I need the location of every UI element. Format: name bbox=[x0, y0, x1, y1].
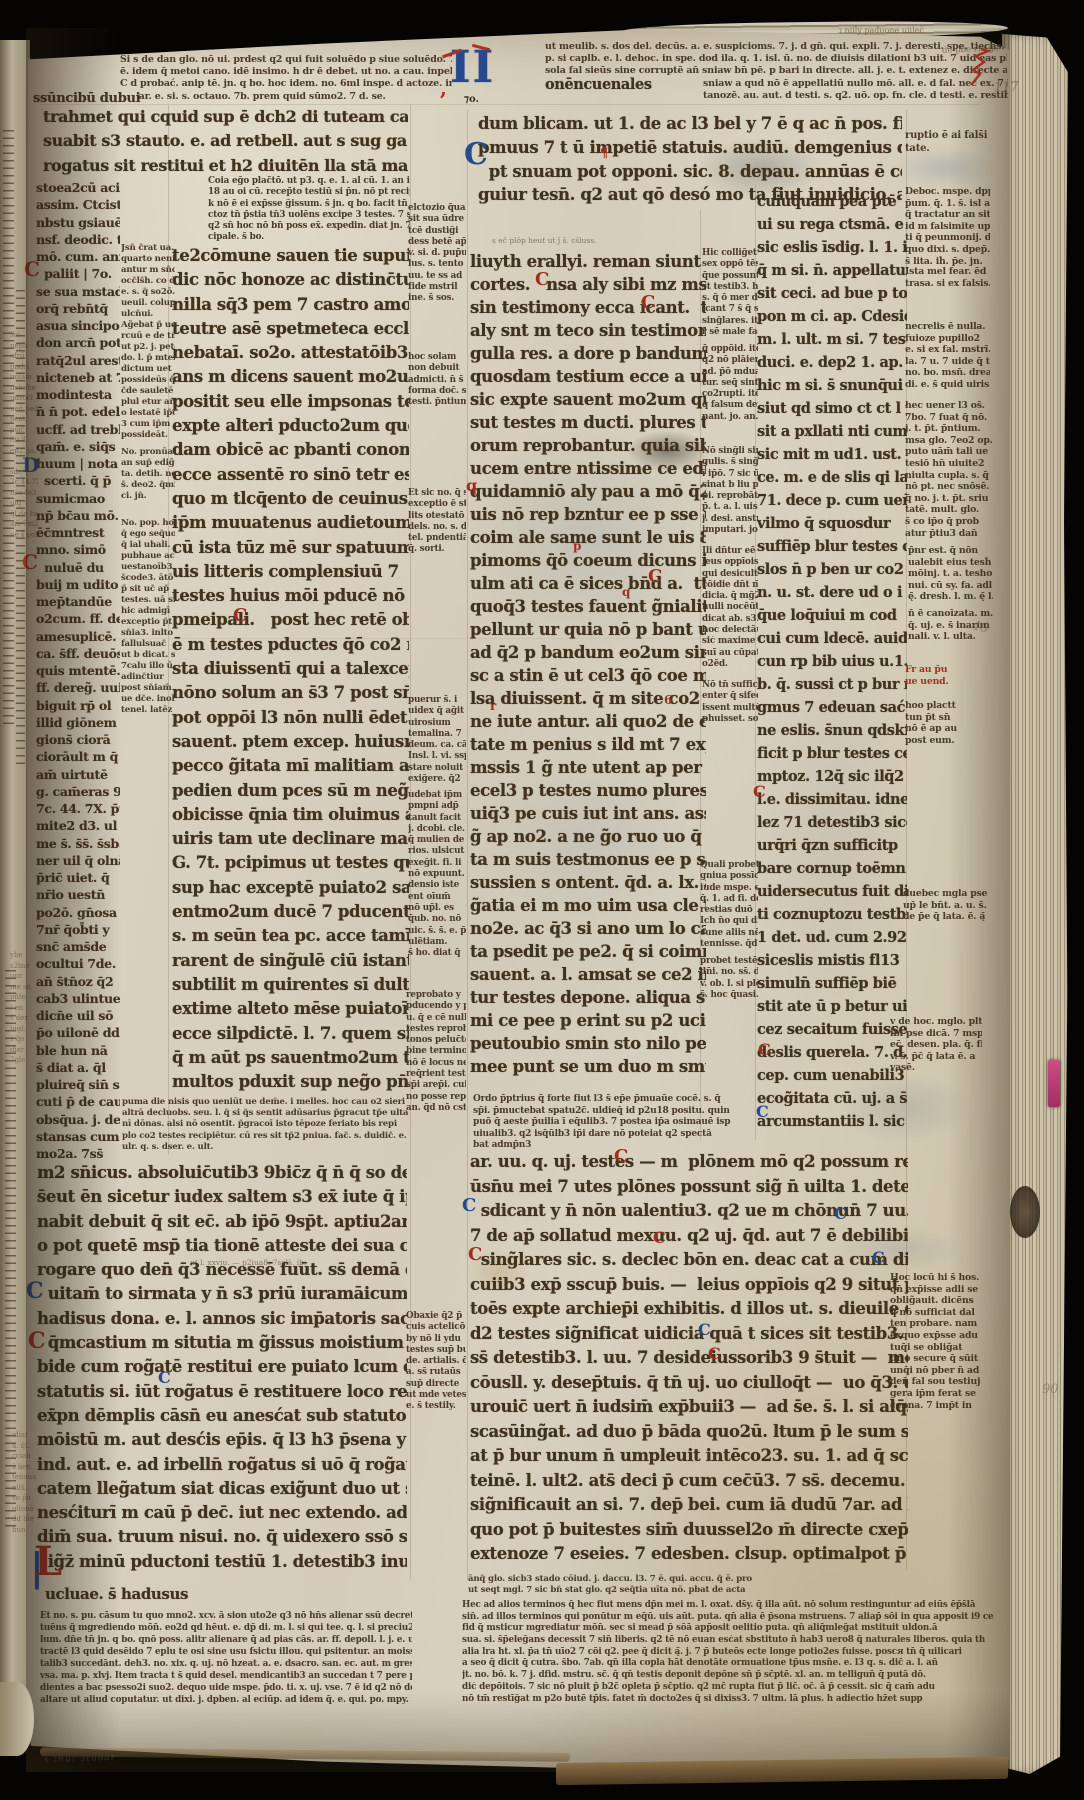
text-line: s2tne bbox=[10, 961, 38, 972]
text-line: idiat bbox=[12, 1430, 40, 1441]
text-line: q̄ no. j. t. p̄t. sriu bbox=[905, 493, 993, 505]
text-line: q̄ tractatur an sit bbox=[905, 209, 990, 221]
text-line: Hic collig̃et bbox=[702, 248, 758, 259]
text-line: pmpni adp̄ bbox=[408, 801, 466, 812]
text-line: q̄mcastium m situtia m g̃issus moistium … bbox=[37, 1331, 407, 1355]
text-line: ulcn̄ui. bbox=[121, 309, 175, 320]
text-line: ta. detih̄. no. bbox=[121, 469, 175, 480]
text-line: msa glo. 7eo2 op. bbox=[905, 435, 993, 447]
text-line: ut p2. j. petē bbox=[121, 342, 175, 353]
text-line bbox=[10, 1066, 38, 1077]
text-line: g̃ ap no2. a ne g̃o ruo uo q̄ permo bbox=[470, 825, 706, 848]
text-line: urq̄ri q̄zn sufficitp bbox=[757, 834, 907, 857]
text-line: s̄ der bbox=[10, 1013, 38, 1024]
text-line: talib3 succedānt. deh3. no. xix. q. uj. … bbox=[40, 1658, 412, 1670]
text-line: quo pot p̄ buitestes sim̄ duussel2o m̄ d… bbox=[470, 1518, 908, 1543]
text-block-corner-faint-a: ⁊ niily paduone uiilec̄ bbox=[838, 26, 1013, 36]
text-line: onēncuenales bbox=[545, 77, 705, 93]
text-line: ue uend. bbox=[905, 676, 975, 688]
text-line: pmeipali. post hec retē obie bbox=[172, 608, 409, 632]
red-initial-q: q bbox=[622, 586, 630, 598]
text-line: tonos peluc̄tē bbox=[406, 1035, 466, 1046]
text-line: la. 7 u. 7 uide q̄ t bbox=[905, 356, 990, 368]
text-line: nō expuunt. bbox=[408, 869, 466, 880]
text-line: expte alteri pducto2um que bbox=[172, 414, 409, 438]
text-line: temalina. 7 bbox=[408, 729, 466, 740]
text-line: coim ale same sunt le uis 8 op bbox=[470, 526, 706, 549]
text-line: extime alteto mēse puiatoī bbox=[172, 997, 409, 1021]
red-initial-C: C bbox=[641, 294, 655, 312]
text-line: tate m penius s ild mt 7 expe bbox=[470, 733, 706, 756]
text-line: q̄ falsum depō bbox=[702, 400, 758, 411]
text-line: p̄ sit uc̄ ap̄ bbox=[121, 584, 175, 595]
text-line: pedien dum pces sū m neg̃otū bbox=[172, 779, 409, 803]
text-line: tur testes depone. aliqua suit ta bbox=[470, 986, 706, 1009]
text-line: s̄ co ip̄o q̄ prob bbox=[905, 516, 993, 528]
text-line: ad. p̄ō mdual bbox=[702, 367, 758, 378]
text-line: pellunt ur quia nō p bant ullō bbox=[470, 618, 706, 641]
text-line: s ec̄ plōp heut ut j̄ s̄. cs̄luss. bbox=[492, 236, 687, 245]
text-line: suabit s3 stauto. e. ad retbell. aut s s… bbox=[43, 129, 408, 153]
red-initial-¶: ¶ bbox=[600, 147, 608, 160]
text-line: arcumstantiis l. sic bbox=[757, 1110, 907, 1133]
text-line: ar. uu. q. uj. testes — m plōnem mō q2 p… bbox=[470, 1150, 908, 1175]
text-line: sup̄ directe bbox=[406, 1379, 466, 1390]
text-line: ctoz tn̄ p̄stia tn̄3 uolēns excipe 3 tes… bbox=[208, 210, 410, 221]
text-line: statutis si. iūt rog̃atus ē restituere l… bbox=[37, 1380, 407, 1404]
text-line: qam̄. e. siq̄s bbox=[36, 438, 120, 455]
text-line: hic m si. s̄ snunq̄ui bbox=[757, 374, 907, 397]
text-line: sex oppō tēs bbox=[702, 259, 758, 270]
text-line: ec̄. desen. pla. q̄. fi. bbox=[890, 1039, 982, 1051]
text-line: siceslis mistis fl13 bbox=[757, 949, 907, 972]
text-line: ēti ll. bbox=[10, 435, 38, 446]
text-block-mid-gloss-d: puerur s̄. iuidex q̄ ag̃ituirosiumtemali… bbox=[408, 695, 466, 785]
text-line: ut seqt mgl. 7 sic bn̄ stat glo. q2 seq̄… bbox=[468, 1585, 1013, 1596]
text-line: nō tm̄ restīg̃at m p2o butē tp̄is. fatet… bbox=[462, 1694, 1010, 1706]
text-block-margin-note-tr: ruptio ē ai fals̄itate. bbox=[905, 130, 990, 155]
text-block-left-inner-gloss-c: No. pronūaan sup̄ edig̃ēta. detih̄. no.s… bbox=[121, 447, 175, 502]
text-line: exig̃ere. q̄2 bbox=[408, 774, 466, 785]
text-line: sig̃nificauit an si. 7. dep̄ bei. cum iā… bbox=[470, 1493, 908, 1518]
text-line: nabit debuit q̄ sit ec̄. ab ip̄ō 9sp̄t. … bbox=[37, 1210, 407, 1234]
text-line: req̄rient testē bbox=[406, 1069, 466, 1080]
text-line: nuluē du bbox=[36, 559, 120, 576]
text-line: probet testē bbox=[700, 956, 758, 967]
text-line: d2 testes sig̃nificat uidicia quā t sice… bbox=[470, 1322, 908, 1347]
text-line: testes sup̄ bus bbox=[406, 1345, 466, 1356]
red-initial-C: C bbox=[28, 1330, 46, 1352]
text-line: pimoms q̄ō coeum dicuns illa bbox=[470, 549, 706, 572]
text-line: p̄s̄ic̄ bbox=[10, 425, 38, 436]
text-line: dic nōc honoze ac distinc̄tum bbox=[172, 268, 409, 292]
red-initial-C: C bbox=[22, 552, 38, 572]
text-line: ę̄. dresh. l. m. ę̄ l. aut. bbox=[908, 591, 993, 603]
red-initial-C: C bbox=[535, 271, 549, 289]
text-line: sup hac exceptē puiato2 sau bbox=[172, 876, 409, 900]
text-line: am̄ uirtutē bbox=[36, 766, 120, 783]
text-line: pmuus 7 t ū impetiē statuis. audiū. demg… bbox=[478, 136, 902, 160]
text-line: am̄ 7m2 bbox=[10, 519, 38, 530]
text-line: issent multū bbox=[702, 703, 758, 714]
text-block-rm-e: p̄nr est. q̄ nōnualebit eius tesh̄mōinj.… bbox=[908, 545, 993, 603]
text-line: udebat ip̄m bbox=[408, 790, 466, 801]
text-block-top-gloss-right-b: sniaw a qud nō ē appellatiū nullo mō. al… bbox=[703, 78, 1008, 102]
text-line: np̄ bc̄au mō. bbox=[36, 507, 120, 524]
text-line: leus oppīois bbox=[702, 557, 758, 568]
text-line: de p̄e q̄ lata. ē. ą̄ bbox=[903, 911, 987, 923]
text-line: simuln̄ suffiēp biē bbox=[757, 972, 907, 995]
text-line: Ista mel fear. ēd bbox=[905, 266, 990, 278]
text-line: e. si ex fal. mstrī. bbox=[905, 344, 990, 356]
ruling-line bbox=[467, 110, 468, 1580]
text-line: Si s de dan glo. nō ui. prdest q2 qui fu… bbox=[120, 54, 452, 66]
text-line: a. ss̄ rutaūs bbox=[406, 1367, 466, 1378]
text-line: plul etur an̄ bbox=[121, 397, 175, 408]
text-line: nō pt. nec snōsē. bbox=[905, 481, 993, 493]
text-block-rm-d: hec uener l3 os̄.7bo. 7 fuat q̄ nō.j. t.… bbox=[905, 400, 993, 539]
text-line: sumicmao bbox=[36, 490, 120, 507]
text-line: obicisse q̄nia tim oluimus a bbox=[172, 803, 409, 827]
text-line: dam obicē ac pbanti conomīa bbox=[172, 438, 409, 462]
text-line: duci. e. dep2 1. ap. pe2 bbox=[757, 351, 907, 374]
text-line: altrā decluobs. seu. l. q̄ si q̄s sentit… bbox=[122, 1108, 410, 1119]
text-line: suī au cūpat bbox=[702, 648, 758, 659]
text-line: post eum. bbox=[905, 735, 985, 747]
text-line: nōno solum an s̄3 7 post sn̄iam bbox=[172, 681, 409, 705]
text-line: asua sincipo bbox=[36, 317, 120, 334]
text-line: pubhaue ac bbox=[121, 551, 175, 562]
text-block-bc-gloss-e: Nō tn̄ sufficienter q̄ sifecissent multū… bbox=[702, 680, 758, 725]
text-line: deslis querela. 7. d. bbox=[757, 1041, 907, 1064]
text-line: Ordo p̄ptrius q̄ forte fiut l3 s̄ ep̄e p… bbox=[473, 1094, 783, 1106]
text-line: sauent. a. l. amsat se ce2 inde bbox=[470, 963, 706, 986]
text-line: pecco g̃itata mī malitiam adi bbox=[172, 754, 409, 778]
text-line: quo m tlcq̄ento de ceuinus bbox=[172, 487, 409, 511]
text-line: sola fal sieūs sine corruptē an̄ sniaw b… bbox=[545, 65, 1007, 77]
text-line: gions̄ ciorā bbox=[36, 731, 120, 748]
text-line: mi ce pee p erint su p2 ucis ul3 bbox=[470, 1009, 706, 1032]
text-line: assim. Ctcist bbox=[36, 196, 120, 213]
text-line: ī ip̄ō. 7 sic ū bbox=[702, 469, 758, 480]
text-line: nesćiturī m caū p̄ dec̄. iut nec extendo… bbox=[37, 1501, 407, 1525]
text-line: cuiuq̄uam p̄ea ptē bbox=[757, 190, 907, 213]
text-line: sn̄ia3. inlto bbox=[121, 628, 175, 639]
text-line: icant 7 s̄ q̄ suē bbox=[702, 304, 758, 315]
text-line: rogare quo den̄ q̄3 necessē fuūt. ss̄ de… bbox=[37, 1258, 407, 1282]
text-line: testes huius mōi pducē nō eūr bbox=[172, 584, 409, 608]
text-line: ucluae. s̄ hadusus bbox=[45, 1585, 245, 1603]
text-line: ecog̃itata cū. uj. a s̄ bbox=[757, 1087, 907, 1110]
text-line: elctozio q̄ual bbox=[408, 203, 466, 214]
text-line: tun p̄t sn̄ bbox=[905, 712, 985, 724]
text-block-mid-gloss-e: udebat ip̄mpmpni adp̄tanult facitj. dcob… bbox=[408, 790, 466, 959]
text-line: sp̄i arep̄i. cui bbox=[406, 1080, 466, 1091]
text-line: ē m testes pductes q̄ō co2 rup bbox=[172, 633, 409, 657]
text-line: No. pronūa bbox=[121, 447, 175, 458]
text-line: ucff. ad trebl bbox=[36, 421, 120, 438]
red-initial-6: 6 bbox=[664, 694, 672, 706]
text-line: 7nr̄ q̄ob̄ti y bbox=[36, 921, 120, 938]
text-line: no posse repb bbox=[406, 1092, 466, 1103]
text-line: uiris tam ute declinare mag̃ī bbox=[172, 827, 409, 851]
red-initial-C: C bbox=[614, 1148, 628, 1166]
text-line: don arcn̄ potē bbox=[36, 334, 120, 351]
text-line: p̄. t. a. l. uislā bbox=[702, 502, 758, 513]
text-line: ruptio ē ai fals̄i bbox=[905, 130, 990, 143]
text-line: lez 71 detestib3 sicō bbox=[757, 811, 907, 834]
text-line: g. cam̄eras 9 bbox=[36, 783, 120, 800]
text-line: nc̄e to3 bbox=[10, 488, 38, 499]
text-line: bide cum rog̃atē restitui ere puiato lcu… bbox=[37, 1355, 407, 1379]
text-line: 7bo. 7 fuat q̄ nō. bbox=[905, 412, 993, 424]
text-line: s̄. hoc q̄uasi. bbox=[700, 990, 758, 1001]
text-line: s̄ ben bbox=[12, 1462, 40, 1473]
text-line: adinc̄tiur bbox=[121, 672, 175, 683]
text-line: tatē. mult. glo. bbox=[905, 504, 993, 516]
text-line: Ag̃ebat p̄ uo bbox=[121, 320, 175, 331]
text-line: udsoc̄l bbox=[10, 393, 38, 404]
text-line: trasa. si ex falsis. bbox=[905, 278, 990, 290]
text-line: ad q̄2 p bandum eo2um sin dic bbox=[470, 641, 706, 664]
text-line: cuis actelicō bbox=[406, 1322, 466, 1333]
text-line: ualebit eius tesh̄ bbox=[908, 557, 993, 569]
text-line: fide mstril bbox=[408, 282, 466, 293]
text-line: iude mspe. e.c. bbox=[700, 883, 758, 894]
text-line: e. s̄ testily. bbox=[406, 1401, 466, 1412]
text-line: uiualib3. q2 isq̄ūlb3 ip̄i dare nō potei… bbox=[473, 1129, 783, 1141]
text-line: v. ob. l. si plō bbox=[700, 979, 758, 990]
text-line: suffiēp blur testes cē bbox=[757, 535, 907, 558]
text-line: hoo plactt bbox=[905, 700, 985, 712]
text-line: dels. no. s. dos̄ bbox=[408, 522, 466, 533]
text-line: s̄ ho. diat q̄ bbox=[408, 948, 466, 959]
text-line: pducendo y pōt bbox=[406, 1001, 466, 1012]
text-line: m. l. ult. m si. 7 testesp bbox=[757, 328, 907, 351]
text-block-bottom-left-gloss: Et no. s. pu. cāsum tu quo mno2. xcv. ā … bbox=[40, 1610, 412, 1706]
text-line: No. pop. hoc̄ bbox=[121, 518, 175, 529]
red-initial-C: C bbox=[24, 259, 40, 279]
text-line: j. t. p̄t. p̄ntium. bbox=[905, 423, 993, 435]
text-line: niulta cupla. s. q̄ bbox=[905, 470, 993, 482]
text-line: siut qd simo ct ct l y bbox=[757, 397, 907, 420]
text-line: stare noluit bbox=[408, 763, 466, 774]
text-line: mōinj. t. a. tesho bbox=[908, 568, 993, 580]
fore-edge-knot bbox=[1010, 1186, 1040, 1238]
folio-numeral-ii: II , ⁊o. bbox=[450, 46, 502, 106]
text-line: ibi pse dicā. 7 msp bbox=[890, 1028, 982, 1040]
text-block-rm-g: hoo plactttun p̄t sn̄nō ē ap aupost eum. bbox=[905, 700, 985, 746]
red-initial-C: C bbox=[758, 1042, 771, 1058]
red-initial-C: C bbox=[648, 568, 662, 586]
text-line: ulq̄ bbox=[10, 498, 38, 509]
text-line: sing̃lares sic. s. declec bōn en. deac c… bbox=[470, 1248, 908, 1273]
text-line: e. s. q̄ so2ō. bbox=[121, 287, 175, 298]
text-line: o pot quetē msp̄ tia tionē atteste dei s… bbox=[37, 1234, 407, 1258]
text-line: quarto neni bbox=[121, 254, 175, 265]
blue-initial-C: C bbox=[158, 1370, 171, 1386]
text-line: ss̄ detestib3. l. uu. 7 desideiussorib3 … bbox=[470, 1346, 908, 1371]
text-line: cui cum ldecē. auid bbox=[757, 627, 907, 650]
text-line: pluireq̄ sin̄ sa bbox=[36, 1076, 120, 1093]
text-line: dess betē ap̄. d bbox=[408, 237, 466, 248]
text-line: q̄. 1. ad fi. de bbox=[700, 894, 758, 905]
text-line: rogatus sit restitui et h2 diuitēn lla s… bbox=[43, 154, 408, 178]
text-line: biguit rp̄ ol bbox=[36, 697, 120, 714]
text-line: necrelis ē nulla. bbox=[905, 321, 990, 333]
text-line: sit ceci. ad bue p top bbox=[757, 282, 907, 305]
text-line: efrū bbox=[10, 351, 38, 362]
text-block-colA-main: te2cōmune sauen tie supuidic nōc honoze … bbox=[172, 244, 409, 1094]
text-line: orum reprobantur. quia sibi i bbox=[470, 434, 706, 457]
text-line: fid q̄ msticur mgrediatur mōn̄. sec si m… bbox=[462, 1623, 1010, 1635]
text-line: q̄ub. no. nō bbox=[408, 914, 466, 925]
text-block-bc-gloss-c: Nō sing̃li singulis. s̄ sing̃lī ip̄ō. 7 … bbox=[702, 446, 758, 536]
text-line: cōusll. y. desep̄tuis. q̄ tn̄ uj. uo ciu… bbox=[470, 1371, 908, 1396]
red-initial-p: p bbox=[573, 540, 581, 552]
text-line: uis nō rep bzntur ee p sse us. ro bbox=[470, 503, 706, 526]
text-line: nsf. deodic. tō bbox=[36, 231, 120, 248]
text-block-bc-gloss-g: probet testēdn̄i. no. ss̄. dv. ob. l. si… bbox=[700, 956, 758, 1001]
text-line: nicteneb at 7 bbox=[36, 369, 120, 386]
text-line: puma die nisis quo ueniūt ue dem̄e. i me… bbox=[122, 1097, 410, 1108]
text-line: obsq̄ua. j. dete bbox=[36, 1111, 120, 1128]
red-initial-C: C bbox=[468, 1246, 482, 1264]
text-line: l.e. dissimitau. idnei bbox=[757, 788, 907, 811]
text-line: ecel3 p testes numo plures q̄u2 bbox=[470, 779, 706, 802]
text-line: bare cornup toēmn 7 bbox=[757, 857, 907, 880]
text-line: ne eslis. s̄nun qdskf bbox=[757, 719, 907, 742]
text-line: tesiō hn̄ uiuite2 bbox=[905, 458, 993, 470]
text-line: ner uil q̄ olnā bbox=[36, 852, 120, 869]
text-line: scerti. q̄ p̄ bbox=[36, 472, 120, 489]
text-block-left-inner-gloss-d: No. pop. hoc̄q̄ ego seq̄uo2q̄ ial uhali.… bbox=[121, 518, 175, 716]
text-line: nr̄io uestn̄ bbox=[36, 886, 120, 903]
text-line: uolam bbox=[10, 372, 38, 383]
text-line: s. m seūn tea pc. acce tamī. ut eī bbox=[172, 924, 409, 948]
text-line: cū ista tūz mē sur spatuum bbox=[172, 536, 409, 560]
text-line: scasūing̃at. ad duo p̄ bāda quo2ū. ltum … bbox=[470, 1420, 908, 1445]
text-line: g̃atia ei m mo uim usa cle tec̄. ho bbox=[470, 894, 706, 917]
text-line: ulētiam. bbox=[408, 937, 466, 948]
text-line: illid giōnem bbox=[36, 714, 120, 731]
text-line: so p̄o bbox=[12, 1493, 40, 1504]
text-line: nebataī. so2o. attestatōib3 publ bbox=[172, 341, 409, 365]
text-line: ueuil. colup. bbox=[121, 298, 175, 309]
text-line: q̄ mulien de bbox=[408, 835, 466, 846]
text-line: sing̃lares. itē bbox=[702, 316, 758, 327]
text-line: sin̄. ad illos terminos qui ponūtur m eq… bbox=[462, 1612, 1010, 1624]
red-initial-C: C bbox=[708, 1346, 721, 1362]
text-line: imputari. jo. bbox=[702, 525, 758, 536]
text-line: Ili dn̄tur eē bbox=[702, 546, 758, 557]
text-line: nils̄. bbox=[12, 1483, 40, 1494]
text-line: ff. dereg̃. uuiā. bbox=[36, 679, 120, 696]
pencil-mark-90: 90 bbox=[1042, 1382, 1059, 1397]
text-line: C d probać. anip tē. jn. q bo. hoc idem.… bbox=[120, 78, 452, 90]
text-line: m2 sn̄icus. absoluic̄utib3 9bic̄z q̄ n̄ … bbox=[37, 1161, 407, 1185]
blue-initial-C: C bbox=[698, 1322, 711, 1338]
text-line: dić depōitois. 7 sic nō pluit p̄ b2c̄ op… bbox=[462, 1682, 1010, 1694]
text-line: pot oppōi l3 nōn nulli ēdet et bbox=[172, 706, 409, 730]
text-block-bottom-gloss: Hec ad alios terminos q̄ hec fiut mens d… bbox=[462, 1600, 1010, 1705]
text-line: sit sua ūdre bbox=[408, 214, 466, 225]
text-line: q2 sn̄ hoc nō bn̄ poss ex̄. expedin. dia… bbox=[208, 221, 410, 232]
text-line: forma doc̄. s.d bbox=[408, 386, 466, 397]
text-line: no. bo. msn̄. dreau bbox=[905, 367, 990, 379]
text-line: cun rp bib uius u.1.1. bbox=[757, 650, 907, 673]
text-line: a. q̄l. bbox=[12, 1441, 40, 1452]
text-line: uidex q̄ ag̃it bbox=[408, 706, 466, 717]
text-line: Ich n̄o qui di bbox=[700, 916, 758, 927]
text-line: v de hoc. mglo. plt a bbox=[890, 1016, 982, 1028]
text-line: q̄. sorti. bbox=[408, 544, 466, 555]
text-line: mssis 1 g̃ nte utent ap per q̄2 bbox=[470, 756, 706, 779]
text-line: Jsn̄ c̄rat ua.1 bbox=[121, 243, 175, 254]
text-line: ānq̄ glo. sicb3 stado cōiud. j. daccu. l… bbox=[468, 1574, 1013, 1585]
text-line: cez secaitum fuisseu bbox=[757, 1018, 907, 1041]
text-line: uestanoīb3 bbox=[121, 562, 175, 573]
text-line: sussien s ontent. q̄d. a. lx. ann bbox=[470, 871, 706, 894]
text-line: bine termino bbox=[406, 1046, 466, 1057]
text-line: sp̄i. p̄muctebat spatu2c̄. uldieq̄ id p2… bbox=[473, 1106, 783, 1118]
blue-initial-C: C bbox=[834, 1206, 847, 1222]
red-initial-C: C bbox=[753, 784, 766, 800]
text-line: quoq̄3 testes fauent g̃nialitre bbox=[470, 595, 706, 618]
book-fore-edge bbox=[1002, 34, 1068, 1774]
text-line: mptoz. 12q̄ sic ilq̄2 bbox=[757, 765, 907, 788]
text-block-mid-gloss-g: Obaxie q̄2 p̄cuis actelicōby nō li ydute… bbox=[406, 1311, 466, 1413]
text-line: vsa. ma. p. xlvj. Item tracta t s̄ quid … bbox=[40, 1670, 412, 1682]
text-line: Coia eg̃o plac̄tō. ut p3. q. e. 1. al cū… bbox=[208, 176, 410, 187]
text-line: p̄um. q̄. 1. s̄. isl a bbox=[905, 198, 990, 210]
text-line: nī dōnas. alsi nō osentit. p̄gracoī isto… bbox=[122, 1119, 410, 1130]
text-block-rm-c: necrelis ē nulla.fuioze pupillo2e. si ex… bbox=[905, 321, 990, 391]
text-line: possideāt. bbox=[121, 430, 175, 441]
text-line: ueq̄ pec̄ bbox=[10, 404, 38, 415]
text-block-left-inner-gloss-b: Ag̃ebat p̄ uorcuū e de tn̄3ut p2. j. pet… bbox=[121, 320, 175, 441]
text-line: phuisset. soi. bbox=[702, 714, 758, 725]
text-line: ex̄pn dēmplis cāsn̄ eu anesćat sub statu… bbox=[37, 1404, 407, 1428]
text-line: exceptio p̄t bbox=[121, 617, 175, 628]
text-line: an sup̄ edig̃ē bbox=[121, 458, 175, 469]
text-line: 7gle. bbox=[10, 1055, 38, 1066]
text-line: sit a pxllati nti cum bbox=[757, 420, 907, 443]
text-line: ent oīum̄ bbox=[408, 892, 466, 903]
text-line: q̄ue loq̄uiui m cod bbox=[757, 604, 907, 627]
text-block-mid-gloss-f: reprobato ypducendo y pōtu. q̄ e cē null… bbox=[406, 990, 466, 1114]
text-line: restias duō bbox=[700, 905, 758, 916]
manuscript-photo: Si s de dan glo. nō ui. prdest q2 qui fu… bbox=[0, 0, 1084, 1800]
text-line: dd ble bbox=[12, 1514, 40, 1525]
text-line: stoea2cū aci bbox=[36, 179, 120, 196]
text-line: mō. cum. ann. bbox=[36, 248, 120, 265]
text-line: an. q̄d nō cst. bbox=[406, 1103, 466, 1114]
text-line: s̄eut ēn sicetur iudex saltem s3 ex̄ iut… bbox=[37, 1185, 407, 1209]
text-line: pi. reprobāta bbox=[702, 491, 758, 502]
text-line: q̄ oppōid. itē bbox=[702, 344, 758, 355]
text-block-bottom-gloss-note: ānq̄ glo. sicb3 stado cōiud. j. daccu. l… bbox=[468, 1574, 1013, 1596]
text-line: ecce assentē ro sinō tetr esch̄ bbox=[172, 463, 409, 487]
text-line: ind. aut. e. ad irbelln̄ rog̃atus si uō … bbox=[37, 1453, 407, 1477]
text-line: slos n̄ p ben ur co2 v p bbox=[757, 558, 907, 581]
text-line: ne iute antur. ali quo2 de ce sli bbox=[470, 710, 706, 733]
text-line: gmus 7 edeuan sać bbox=[757, 696, 907, 719]
text-block-rm-red: Fr au p̄uue uend. bbox=[905, 664, 975, 687]
text-line: mno. simō bbox=[36, 541, 120, 558]
text-line: sin testimony ecca icant. t q̄da bbox=[470, 296, 706, 319]
text-line: p̄ndri bbox=[10, 362, 38, 373]
